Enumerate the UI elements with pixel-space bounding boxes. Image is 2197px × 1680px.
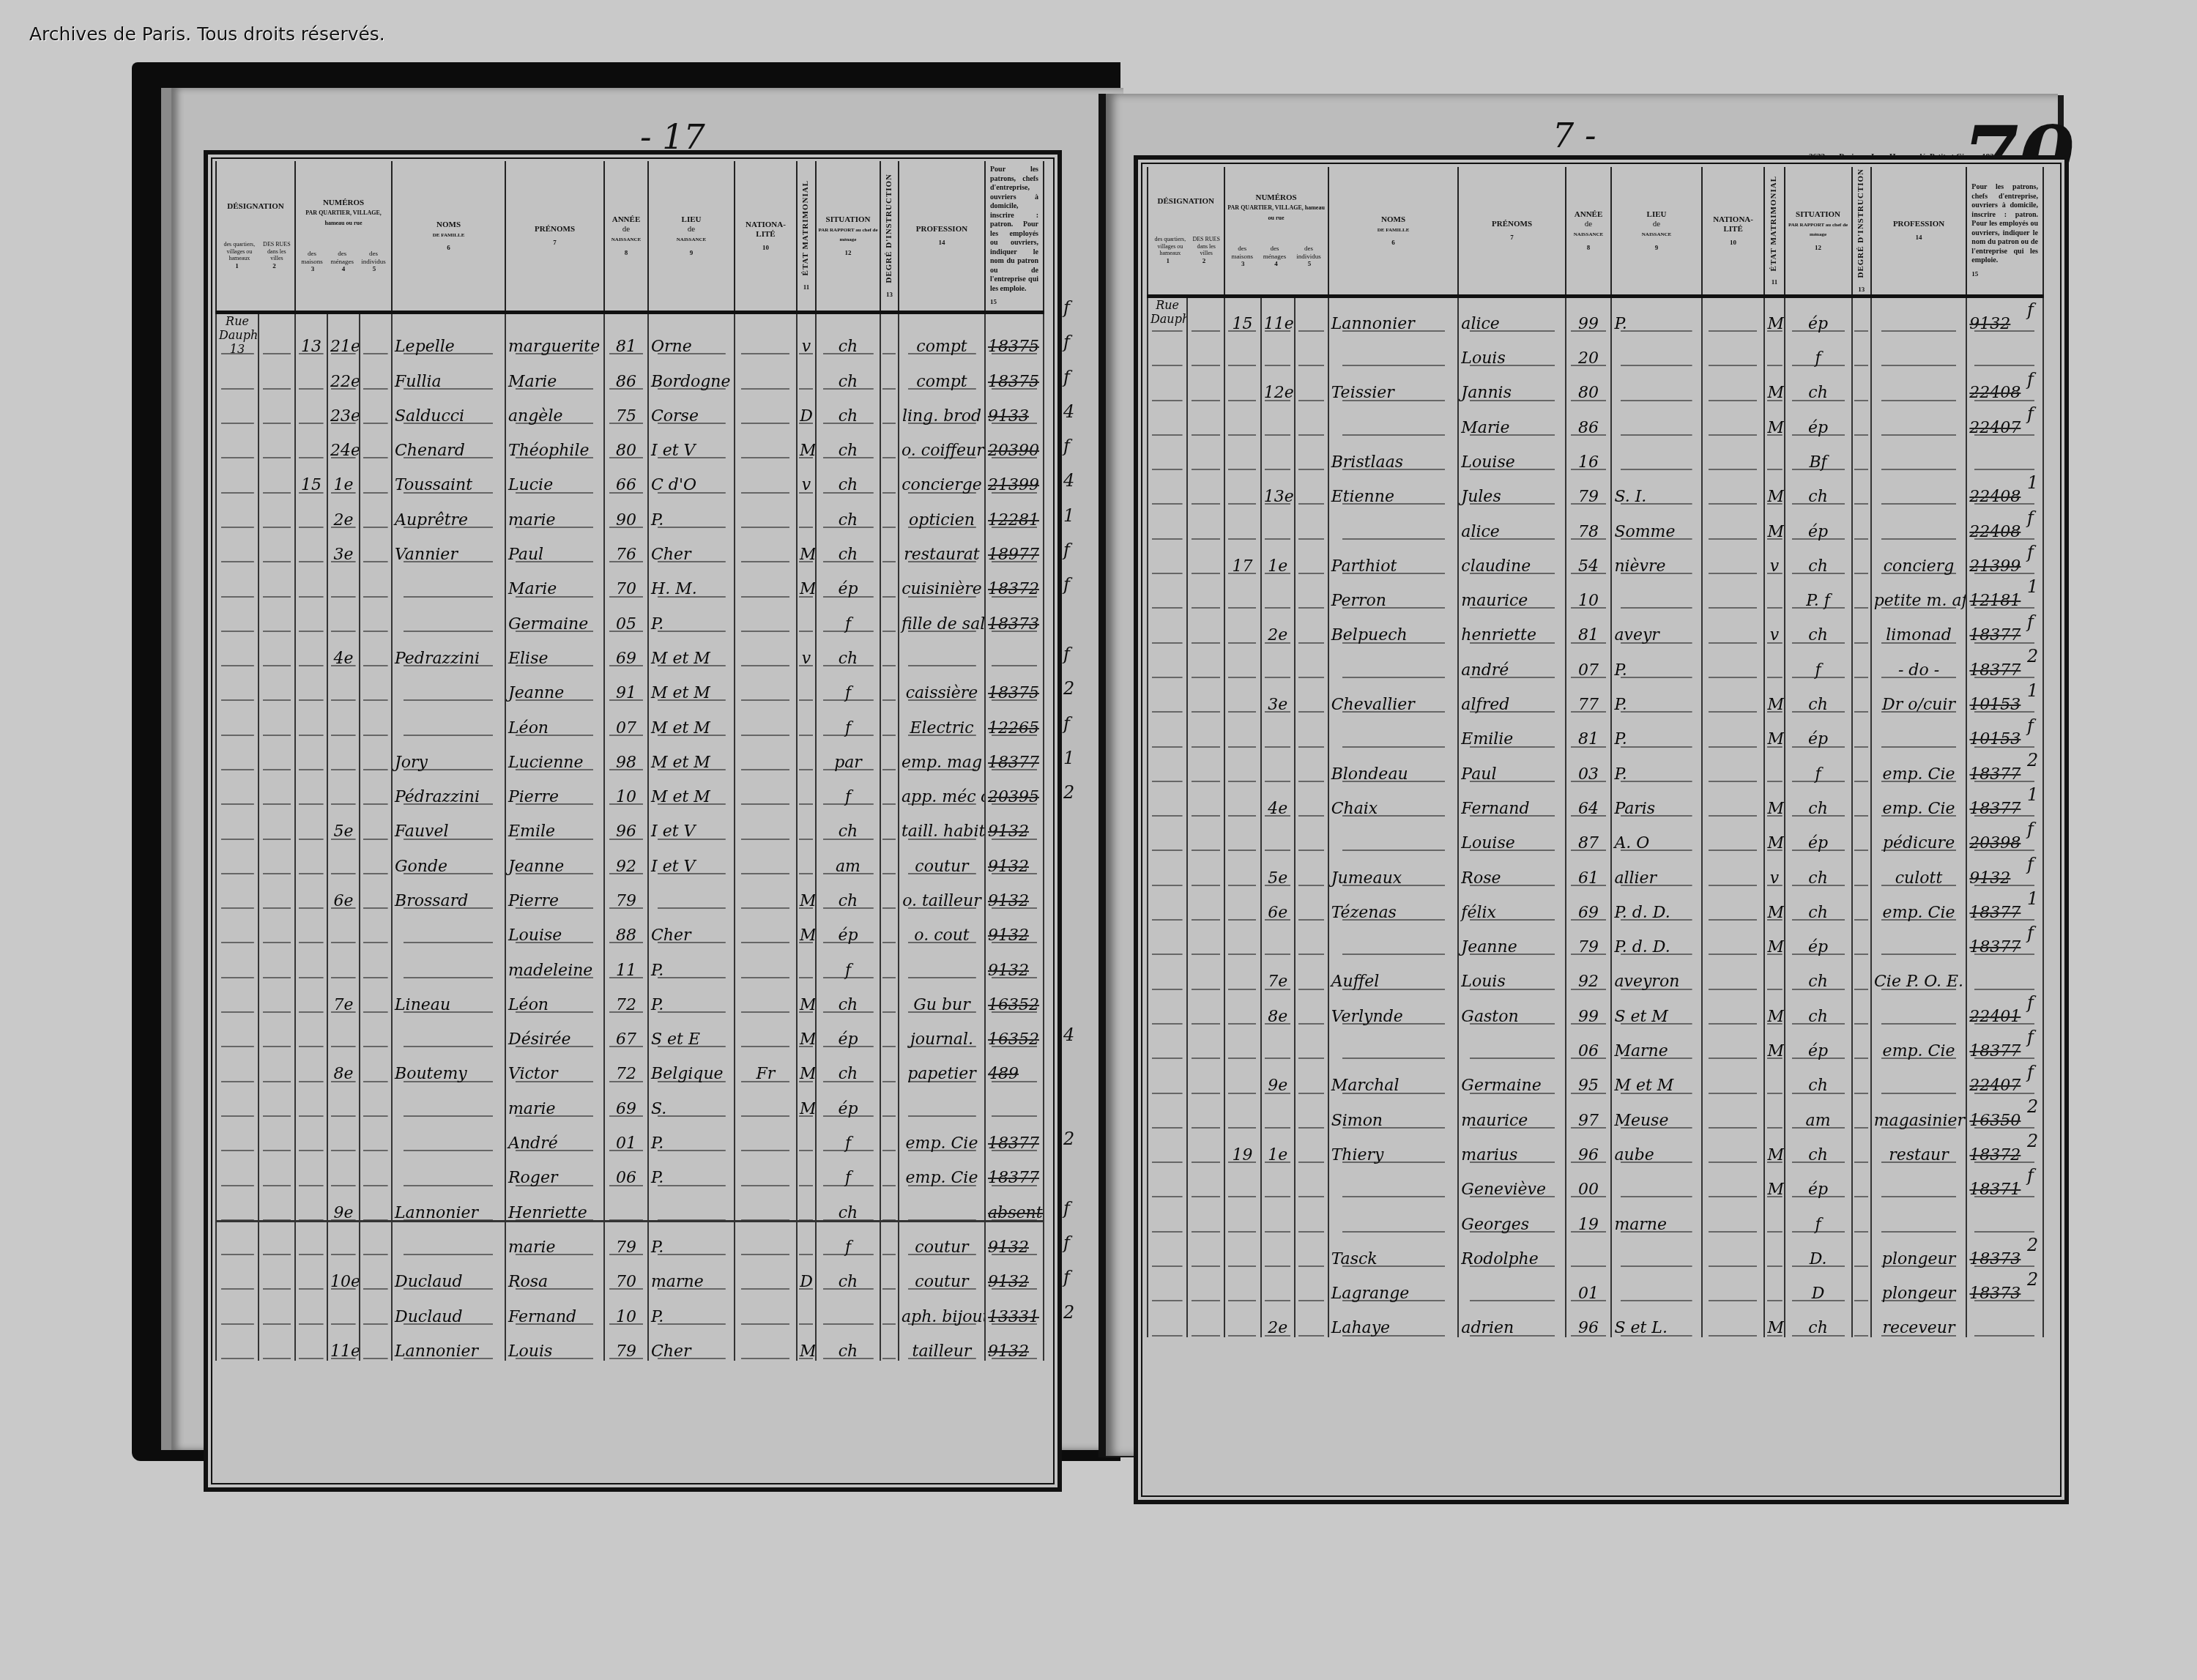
cell-instruction bbox=[1852, 1303, 1871, 1337]
table-row: 11eLannonierLouis79CherMchtailleur9132 bbox=[216, 1326, 1044, 1361]
cell-ref: 12265 bbox=[985, 702, 1044, 737]
cell-situation: Bf bbox=[1785, 437, 1852, 472]
cell-situation: f bbox=[816, 668, 880, 702]
cell-rue bbox=[259, 1014, 295, 1049]
cell-rue bbox=[259, 910, 295, 945]
cell-instruction bbox=[880, 910, 899, 945]
cell-quartier bbox=[216, 391, 259, 425]
cell-menage bbox=[1261, 1026, 1295, 1060]
cell-lieu: aveyron bbox=[1611, 956, 1701, 991]
margin-annotation bbox=[1063, 603, 1093, 637]
cell-profession bbox=[1871, 402, 1967, 436]
cell-individu bbox=[360, 841, 392, 875]
cell-instruction bbox=[1852, 644, 1871, 679]
cell-quartier bbox=[216, 980, 259, 1014]
cell-menage: 11e bbox=[327, 1326, 360, 1361]
cell-annee: 96 bbox=[1566, 1303, 1612, 1337]
cell-menage: 21e bbox=[327, 313, 360, 357]
margin-annotation bbox=[1063, 845, 1093, 880]
cell-profession: emp. Cie bbox=[1871, 784, 1967, 818]
table-row: 12eTeissierJannis80Mch22408 bbox=[1148, 368, 2043, 402]
cell-rue bbox=[259, 1257, 295, 1291]
cell-annee: 92 bbox=[1566, 956, 1612, 991]
cell-quartier bbox=[216, 1118, 259, 1153]
cell-individu bbox=[1295, 748, 1328, 783]
cell-instruction bbox=[880, 1222, 899, 1257]
cell-etat: M bbox=[1764, 922, 1784, 956]
cell-menage bbox=[327, 910, 360, 945]
cell-prenom: Louis bbox=[1458, 333, 1565, 368]
cell-ref: 9133 bbox=[985, 391, 1044, 425]
cell-quartier bbox=[1148, 472, 1187, 506]
cell-quartier bbox=[1148, 1268, 1187, 1303]
cell-rue bbox=[259, 1049, 295, 1083]
cell-maison bbox=[1224, 1199, 1261, 1233]
cell-nationalite bbox=[735, 460, 797, 494]
cell-etat: M bbox=[1764, 402, 1784, 436]
table-row: Rue Dauphine 131321eLepellemarguerite81O… bbox=[216, 313, 1044, 357]
cell-individu bbox=[360, 494, 392, 529]
cell-profession: emp. Cie bbox=[1871, 1026, 1967, 1060]
cell-annee: 69 bbox=[604, 633, 648, 668]
cell-profession bbox=[1871, 1060, 1967, 1095]
cell-nom: Jory bbox=[392, 737, 505, 772]
cell-situation: ch bbox=[816, 529, 880, 564]
cell-situation: f bbox=[816, 772, 880, 806]
cell-maison bbox=[1224, 1060, 1261, 1095]
cell-profession: emp. Cie bbox=[899, 1118, 985, 1153]
cell-instruction bbox=[880, 1083, 899, 1118]
margin-annotation: f bbox=[1063, 637, 1093, 672]
table-row: Roger06P.femp. Cie18377 bbox=[216, 1153, 1044, 1187]
cell-etat: M bbox=[797, 529, 816, 564]
cell-quartier bbox=[1148, 1026, 1187, 1060]
cell-individu bbox=[360, 391, 392, 425]
margin-annotation: 1 bbox=[2027, 674, 2056, 708]
cell-prenom: Marie bbox=[505, 356, 604, 390]
cell-rue bbox=[259, 425, 295, 460]
cell-profession: compt bbox=[899, 313, 985, 357]
cell-instruction bbox=[880, 633, 899, 668]
cell-instruction bbox=[880, 1153, 899, 1187]
cell-ref: 13331 bbox=[985, 1291, 1044, 1326]
cell-etat: M bbox=[1764, 1164, 1784, 1199]
cell-situation: ch bbox=[816, 313, 880, 357]
cell-lieu bbox=[1611, 437, 1701, 472]
cell-lieu: M et M bbox=[1611, 1060, 1701, 1095]
cell-situation: f bbox=[816, 1118, 880, 1153]
cell-maison bbox=[295, 1222, 327, 1257]
table-row: DuclaudFernand10P.aph. bijout13331 bbox=[216, 1291, 1044, 1326]
cell-nationalite bbox=[1702, 1060, 1765, 1095]
cell-individu bbox=[1295, 1130, 1328, 1164]
cell-situation: ép bbox=[1785, 1164, 1852, 1199]
cell-rue bbox=[259, 980, 295, 1014]
cell-annee: 64 bbox=[1566, 784, 1612, 818]
cell-menage bbox=[1261, 506, 1295, 540]
cell-lieu bbox=[1611, 1164, 1701, 1199]
cell-nom bbox=[392, 598, 505, 633]
table-row: 6eTézenasfélix69P. d. D.Mchemp. Cie18377 bbox=[1148, 888, 2043, 922]
cell-situation: f bbox=[1785, 748, 1852, 783]
cell-ref bbox=[985, 1083, 1044, 1118]
cell-instruction bbox=[1852, 1026, 1871, 1060]
table-row: marie79P.fcoutur9132 bbox=[216, 1222, 1044, 1257]
cell-instruction bbox=[880, 425, 899, 460]
cell-rue bbox=[1187, 1268, 1224, 1303]
table-row: 13eEtienneJules79S. I.Mch22408 bbox=[1148, 472, 2043, 506]
margin-annotation: 1 bbox=[2027, 882, 2056, 916]
cell-rue bbox=[259, 1222, 295, 1257]
cell-lieu: Cher bbox=[648, 910, 735, 945]
cell-nom: Boutemy bbox=[392, 1049, 505, 1083]
cell-quartier bbox=[1148, 333, 1187, 368]
margin-annotation bbox=[1063, 810, 1093, 844]
cell-individu bbox=[360, 737, 392, 772]
table-row: 8eVerlyndeGaston99S et MMch22401 bbox=[1148, 991, 2043, 1025]
cell-ref: 18377 bbox=[985, 1118, 1044, 1153]
cell-maison bbox=[1224, 818, 1261, 852]
cell-profession: fille de salle bbox=[899, 598, 985, 633]
cell-individu bbox=[360, 980, 392, 1014]
cell-profession bbox=[899, 1187, 985, 1222]
cell-nom bbox=[1328, 333, 1459, 368]
cell-etat: v bbox=[797, 460, 816, 494]
cell-lieu: I et V bbox=[648, 806, 735, 841]
header-etat-matrimonial: ÉTAT MATRIMONIAL11 bbox=[1764, 167, 1784, 297]
cell-instruction bbox=[880, 668, 899, 702]
cell-individu bbox=[360, 1291, 392, 1326]
cell-nom bbox=[1328, 402, 1459, 436]
table-row: 6eBrossardPierre79Mcho. tailleur9132 bbox=[216, 876, 1044, 910]
cell-menage: 5e bbox=[327, 806, 360, 841]
cell-instruction bbox=[880, 460, 899, 494]
cell-nom: Pédrazzini bbox=[392, 772, 505, 806]
cell-annee: 72 bbox=[604, 1049, 648, 1083]
cell-profession: tailleur bbox=[899, 1326, 985, 1361]
cell-instruction bbox=[1852, 541, 1871, 576]
cell-profession: culott bbox=[1871, 852, 1967, 887]
cell-nom bbox=[392, 1153, 505, 1187]
cell-etat bbox=[797, 841, 816, 875]
cell-etat: M bbox=[797, 1326, 816, 1361]
header-designation: DÉSIGNATION des quartiers, villages ou h… bbox=[216, 161, 295, 313]
cell-nationalite bbox=[735, 806, 797, 841]
cell-nom: Toussaint bbox=[392, 460, 505, 494]
cell-lieu: Cher bbox=[648, 1326, 735, 1361]
cell-prenom: Marie bbox=[1458, 402, 1565, 436]
cell-nationalite bbox=[1702, 1303, 1765, 1337]
cell-maison: 15 bbox=[1224, 297, 1261, 333]
cell-nationalite bbox=[1702, 991, 1765, 1025]
cell-instruction bbox=[880, 529, 899, 564]
cell-situation: ch bbox=[816, 806, 880, 841]
cell-prenom: Louis bbox=[505, 1326, 604, 1361]
cell-quartier bbox=[1148, 922, 1187, 956]
header-nationalite: NATIONA-LITÉ10 bbox=[735, 161, 797, 313]
cell-annee bbox=[604, 1187, 648, 1222]
cell-annee: 76 bbox=[604, 529, 648, 564]
cell-nationalite bbox=[1702, 506, 1765, 540]
header-lieu: LIEUdeNAISSANCE9 bbox=[648, 161, 735, 313]
cell-annee: 86 bbox=[604, 356, 648, 390]
cell-menage bbox=[1261, 714, 1295, 748]
cell-annee: 80 bbox=[1566, 368, 1612, 402]
cell-situation: ch bbox=[1785, 852, 1852, 887]
cell-nationalite bbox=[1702, 541, 1765, 576]
cell-etat bbox=[1764, 333, 1784, 368]
cell-profession: emp. Cie bbox=[899, 1153, 985, 1187]
cell-rue bbox=[1187, 1164, 1224, 1199]
cell-prenom: Geneviève bbox=[1458, 1164, 1565, 1199]
margin-annotation: 2 bbox=[1063, 1122, 1093, 1156]
cell-nom: Chaix bbox=[1328, 784, 1459, 818]
cell-nationalite bbox=[735, 772, 797, 806]
cell-etat: v bbox=[1764, 610, 1784, 644]
cell-profession: concierg bbox=[1871, 541, 1967, 576]
cell-instruction bbox=[1852, 437, 1871, 472]
cell-situation: D. bbox=[1785, 1234, 1852, 1268]
cell-menage bbox=[327, 702, 360, 737]
cell-menage bbox=[327, 841, 360, 875]
cell-menage bbox=[1261, 437, 1295, 472]
cell-nationalite bbox=[735, 1118, 797, 1153]
cell-rue bbox=[259, 1326, 295, 1361]
margin-annotation bbox=[2027, 951, 2056, 986]
cell-prenom: Germaine bbox=[505, 598, 604, 633]
cell-instruction bbox=[1852, 956, 1871, 991]
cell-maison bbox=[295, 1049, 327, 1083]
cell-maison: 13 bbox=[295, 313, 327, 357]
cell-rue bbox=[1187, 1130, 1224, 1164]
cell-lieu bbox=[1611, 368, 1701, 402]
cell-annee: 95 bbox=[1566, 1060, 1612, 1095]
table-row: 7eAuffelLouis92aveyronchCie P. O. E. bbox=[1148, 956, 2043, 991]
cell-situation: ép bbox=[1785, 714, 1852, 748]
cell-rue bbox=[1187, 437, 1224, 472]
cell-nationalite bbox=[735, 1222, 797, 1257]
cell-individu bbox=[360, 1014, 392, 1049]
cell-maison bbox=[1224, 888, 1261, 922]
cell-quartier bbox=[216, 876, 259, 910]
margin-annotation: 1 bbox=[1063, 499, 1093, 533]
cell-individu bbox=[1295, 297, 1328, 333]
cell-etat bbox=[797, 1153, 816, 1187]
cell-lieu: P. bbox=[648, 1222, 735, 1257]
cell-quartier bbox=[1148, 644, 1187, 679]
cell-maison bbox=[1224, 852, 1261, 887]
cell-maison bbox=[295, 494, 327, 529]
cell-annee: 79 bbox=[604, 1222, 648, 1257]
table-row: 4ePedrazziniElise69M et Mvch bbox=[216, 633, 1044, 668]
cell-nom: Fullia bbox=[392, 356, 505, 390]
cell-individu bbox=[360, 460, 392, 494]
cell-instruction bbox=[1852, 1234, 1871, 1268]
cell-nom bbox=[392, 1083, 505, 1118]
cell-situation: f bbox=[1785, 644, 1852, 679]
cell-prenom: alice bbox=[1458, 297, 1565, 333]
cell-quartier bbox=[1148, 888, 1187, 922]
table-row: BristlaasLouise16Bf bbox=[1148, 437, 2043, 472]
cell-rue bbox=[1187, 1026, 1224, 1060]
table-row: alice78SommeMép22408 bbox=[1148, 506, 2043, 540]
cell-lieu: P. bbox=[648, 1153, 735, 1187]
cell-lieu: P. bbox=[648, 945, 735, 979]
margin-annotation: 1 bbox=[2027, 778, 2056, 812]
cell-prenom: Louise bbox=[1458, 818, 1565, 852]
cell-instruction bbox=[880, 876, 899, 910]
cell-situation: ép bbox=[816, 1083, 880, 1118]
cell-nationalite bbox=[735, 598, 797, 633]
cell-maison bbox=[1224, 576, 1261, 610]
cell-rue bbox=[1187, 991, 1224, 1025]
cell-nationalite bbox=[735, 702, 797, 737]
cell-annee: 96 bbox=[1566, 1130, 1612, 1164]
cell-rue bbox=[1187, 472, 1224, 506]
cell-nationalite: Fr bbox=[735, 1049, 797, 1083]
cell-individu bbox=[360, 702, 392, 737]
cell-situation: f bbox=[816, 1153, 880, 1187]
cell-quartier bbox=[216, 425, 259, 460]
cell-maison bbox=[1224, 1095, 1261, 1129]
cell-prenom: Lucienne bbox=[505, 737, 604, 772]
cell-nationalite bbox=[735, 1291, 797, 1326]
cell-menage bbox=[327, 564, 360, 598]
cell-individu bbox=[1295, 472, 1328, 506]
cell-rue bbox=[259, 494, 295, 529]
cell-prenom: Jannis bbox=[1458, 368, 1565, 402]
cell-nom: Marchal bbox=[1328, 1060, 1459, 1095]
cell-nom bbox=[1328, 506, 1459, 540]
cell-annee: 72 bbox=[604, 980, 648, 1014]
cell-situation: ch bbox=[816, 980, 880, 1014]
cell-quartier bbox=[1148, 402, 1187, 436]
cell-annee: 70 bbox=[604, 564, 648, 598]
table-row: JoryLucienne98M et Mparemp. mag18377 bbox=[216, 737, 1044, 772]
cell-annee: 07 bbox=[1566, 644, 1612, 679]
cell-menage: 7e bbox=[1261, 956, 1295, 991]
cell-nom: Lahaye bbox=[1328, 1303, 1459, 1337]
cell-nom: Auffel bbox=[1328, 956, 1459, 991]
cell-annee: 79 bbox=[1566, 472, 1612, 506]
cell-lieu: Cher bbox=[648, 529, 735, 564]
cell-etat bbox=[1764, 644, 1784, 679]
cell-lieu: marne bbox=[1611, 1199, 1701, 1233]
cell-individu bbox=[1295, 576, 1328, 610]
cell-situation: ch bbox=[816, 425, 880, 460]
cell-etat bbox=[1764, 1268, 1784, 1303]
cell-nom bbox=[392, 1014, 505, 1049]
cell-etat bbox=[797, 772, 816, 806]
cell-ref: 18377 bbox=[985, 737, 1044, 772]
margin-annotation: f bbox=[1063, 1192, 1093, 1226]
cell-situation: ch bbox=[816, 494, 880, 529]
cell-etat bbox=[1764, 576, 1784, 610]
cell-quartier bbox=[1148, 437, 1187, 472]
cell-maison bbox=[1224, 1268, 1261, 1303]
cell-profession: taill. habit bbox=[899, 806, 985, 841]
margin-annotation: 1 bbox=[2027, 466, 2056, 500]
cell-rue bbox=[259, 356, 295, 390]
cell-nom: Etienne bbox=[1328, 472, 1459, 506]
cell-situation bbox=[816, 1291, 880, 1326]
cell-prenom: Gaston bbox=[1458, 991, 1565, 1025]
cell-menage bbox=[1261, 1164, 1295, 1199]
table-row: 10eDuclaudRosa70marneDchcoutur9132 bbox=[216, 1257, 1044, 1291]
cell-rue bbox=[259, 1291, 295, 1326]
cell-lieu: Somme bbox=[1611, 506, 1701, 540]
cell-etat bbox=[1764, 1060, 1784, 1095]
margin-annotation: 2 bbox=[2027, 1228, 2056, 1263]
cell-etat: D bbox=[797, 1257, 816, 1291]
cell-rue bbox=[1187, 888, 1224, 922]
cell-situation: ch bbox=[1785, 610, 1852, 644]
margin-annotation: 4 bbox=[1063, 395, 1093, 429]
cell-menage: 3e bbox=[1261, 680, 1295, 714]
cell-rue bbox=[259, 806, 295, 841]
margin-annotation: f bbox=[1063, 429, 1093, 464]
cell-maison bbox=[295, 1014, 327, 1049]
cell-profession bbox=[1871, 506, 1967, 540]
margin-annotation bbox=[1063, 1088, 1093, 1122]
cell-menage: 9e bbox=[327, 1187, 360, 1222]
table-row: Marie70H. M.Mépcuisinière18372 bbox=[216, 564, 1044, 598]
cell-situation: ép bbox=[1785, 402, 1852, 436]
cell-etat: M bbox=[797, 876, 816, 910]
table-row: 9eMarchalGermaine95M et Mch22407 bbox=[1148, 1060, 2043, 1095]
cell-individu bbox=[1295, 1095, 1328, 1129]
cell-nationalite bbox=[1702, 576, 1765, 610]
cell-quartier bbox=[1148, 576, 1187, 610]
table-row: GondeJeanne92I et Vamcoutur9132 bbox=[216, 841, 1044, 875]
cell-etat: M bbox=[1764, 888, 1784, 922]
cell-rue bbox=[1187, 644, 1224, 679]
cell-instruction bbox=[880, 1118, 899, 1153]
cell-nom: Pedrazzini bbox=[392, 633, 505, 668]
cell-nationalite bbox=[1702, 297, 1765, 333]
cell-prenom bbox=[1458, 1026, 1565, 1060]
cell-lieu: aveyr bbox=[1611, 610, 1701, 644]
cell-individu bbox=[1295, 1164, 1328, 1199]
table-row: 23eSalducciangèle75CorseDchling. brod913… bbox=[216, 391, 1044, 425]
cell-prenom: maurice bbox=[1458, 576, 1565, 610]
cell-annee: 54 bbox=[1566, 541, 1612, 576]
margin-annotation: 1 bbox=[1063, 741, 1093, 776]
margin-annotation bbox=[2027, 327, 2056, 362]
cell-quartier bbox=[1148, 1164, 1187, 1199]
table-row: 9eLannonierHenriettechabsente bbox=[216, 1187, 1044, 1222]
cell-situation: ép bbox=[1785, 1026, 1852, 1060]
cell-situation: ch bbox=[1785, 956, 1852, 991]
header-etat-matrimonial: ÉTAT MATRIMONIAL11 bbox=[797, 161, 816, 313]
margin-annotation bbox=[1063, 984, 1093, 1018]
cell-maison bbox=[1224, 922, 1261, 956]
margin-annotation: f bbox=[1063, 1226, 1093, 1260]
cell-maison bbox=[1224, 748, 1261, 783]
cell-maison bbox=[1224, 1026, 1261, 1060]
margin-annotation: f bbox=[2027, 916, 2056, 951]
margin-annotation: 2 bbox=[2027, 1090, 2056, 1124]
cell-lieu: P. bbox=[1611, 297, 1701, 333]
cell-annee bbox=[1566, 1234, 1612, 1268]
cell-nationalite bbox=[1702, 956, 1765, 991]
cell-ref: 18372 bbox=[985, 564, 1044, 598]
cell-prenom: marguerite bbox=[505, 313, 604, 357]
cell-prenom: Rosa bbox=[505, 1257, 604, 1291]
cell-situation: am bbox=[816, 841, 880, 875]
cell-nom: Lannonier bbox=[1328, 297, 1459, 333]
cell-maison: 15 bbox=[295, 460, 327, 494]
